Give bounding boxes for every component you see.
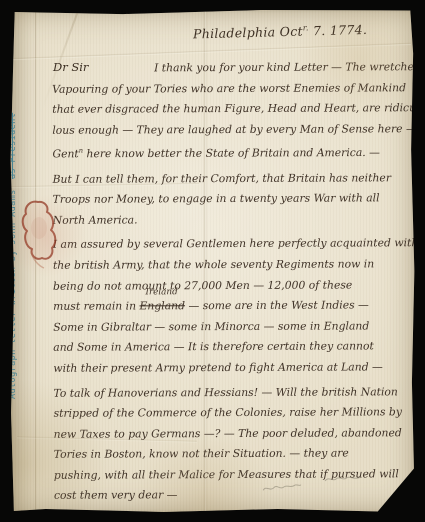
letter-line: cost them very dear —	[54, 485, 416, 507]
stamp-struck-text: as President	[8, 113, 18, 179]
inserted-word: Ireland	[145, 287, 177, 297]
letter-line: North America.	[53, 209, 415, 231]
letter-body: I thank you for your kind Letter — The w…	[52, 57, 416, 507]
dateline-date: 7. 1774.	[309, 22, 368, 39]
letter-line: new Taxes to pay Germans —? — The poor d…	[54, 423, 416, 445]
faint-pencil-mark-icon	[323, 471, 364, 487]
paragraph: To talk of Hanoverians and Hessians! — W…	[53, 382, 416, 507]
dateline-place: Philadelphia Oct	[193, 24, 303, 42]
paragraph: But I can tell them, for their Comfort, …	[53, 168, 415, 231]
letter-line: being do not amount to 27,000 Men — 12,0…	[53, 275, 415, 297]
letter-paper: Philadelphia Octr. 7. 1774. Dr Sir I tha…	[9, 8, 416, 514]
letter-line: But I can tell them, for their Comfort, …	[53, 168, 415, 190]
letter-line: To talk of Hanoverians and Hessians! — W…	[53, 382, 415, 404]
letter-line: Some in Gibraltar — some in Minorca — so…	[53, 316, 415, 338]
letter-line: I thank you for your kind Letter — The w…	[52, 57, 414, 79]
paragraph: I thank you for your kind Letter — The w…	[52, 57, 414, 165]
letter-line: I am assured by several Gentlemen here p…	[53, 234, 415, 256]
letter-line: Gentn here know better the State of Brit…	[52, 140, 414, 166]
letter-line: lous enough — They are laughed at by eve…	[52, 119, 414, 141]
letter-line: stripped of the Commerce of the Colonies…	[54, 402, 416, 424]
letter-line: Tories in Boston, know not their Situati…	[54, 443, 416, 465]
letter-line: must remain in EnglandIreland — some are…	[53, 295, 415, 317]
letter-line: the british Army, that the whole seventy…	[53, 254, 415, 276]
letter-line: with their present Army pretend to fight…	[53, 357, 415, 379]
wax-seal-remnant-icon	[17, 198, 59, 272]
dateline: Philadelphia Octr. 7. 1774.	[193, 22, 367, 42]
struck-word: England	[139, 299, 185, 312]
letter-line: and Some in America — It is therefore ce…	[53, 337, 415, 359]
letter-line: that ever disgraced the human Figure, He…	[52, 98, 414, 120]
letter-line: Vapouring of your Tories who are the wor…	[52, 78, 414, 100]
paragraph: I am assured by several Gentlemen here p…	[53, 234, 416, 380]
faint-pencil-mark-icon	[261, 479, 304, 496]
letter-line: Troops nor Money, to engage in a twenty …	[53, 188, 415, 210]
